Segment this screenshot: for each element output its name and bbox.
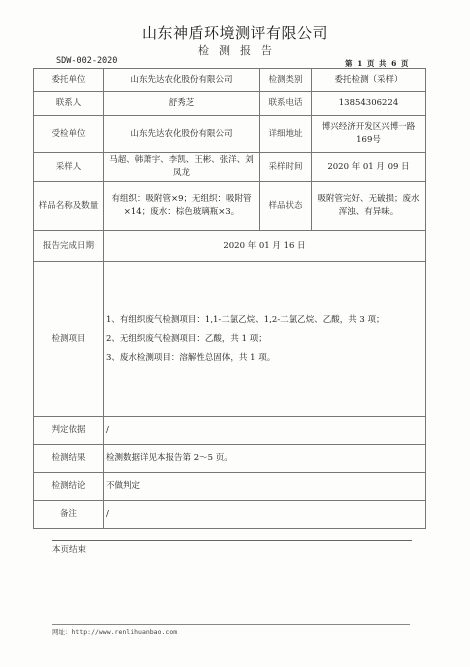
table-row: 备注 / [34,501,426,529]
conclusion-label: 检测结论 [34,473,104,501]
table-row: 委托单位 山东先达农化股份有限公司 检测类别 委托检测（采样） [34,69,426,92]
page-end-text: 本页结束 [52,543,86,555]
phone-value: 13854306224 [312,92,426,116]
sample-name-value: 有组织：吸附管×9；无组织：吸附管×14；废水：棕色玻璃瓶×3。 [104,182,260,231]
website-text: 网址：http://www.renlihuanbao.com [52,627,177,636]
contact-label: 联系人 [34,92,104,116]
sampling-time-label: 采样时间 [260,153,312,182]
report-date-value: 2020 年 01 月 16 日 [104,231,426,262]
sampler-label: 采样人 [34,153,104,182]
document-number: SDW-002-2020 [56,56,117,66]
table-row: 检测结论 不做判定 [34,473,426,501]
client-value: 山东先达农化股份有限公司 [104,69,260,92]
table-row: 报告完成日期 2020 年 01 月 16 日 [34,231,426,262]
contact-value: 舒秀芝 [104,92,260,116]
client-label: 委托单位 [34,69,104,92]
test-type-value: 委托检测（采样） [312,69,426,92]
test-item-line: 2、无组织废气检测项目：乙酸，共 1 项； [106,330,423,349]
test-type-label: 检测类别 [260,69,312,92]
remarks-value: / [104,501,426,529]
test-item-line: 1、有组织废气检测项目：1,1-二氯乙烷、1,2-二氯乙烷、乙酸，共 3 项； [106,311,423,330]
table-row: 判定依据 / [34,417,426,445]
basis-value: / [104,417,426,445]
conclusion-value: 不做判定 [104,473,426,501]
address-label: 详细地址 [260,116,312,153]
basis-label: 判定依据 [34,417,104,445]
sampling-time-value: 2020 年 01 月 09 日 [312,153,426,182]
footer-divider [52,624,410,625]
company-name: 山东神盾环境测评有限公司 [0,22,470,43]
table-row: 样品名称及数量 有组织：吸附管×9；无组织：吸附管×14；废水：棕色玻璃瓶×3。… [34,182,426,231]
result-label: 检测结果 [34,445,104,473]
table-row: 联系人 舒秀芝 联系电话 13854306224 [34,92,426,116]
table-row: 检测项目 1、有组织废气检测项目：1,1-二氯乙烷、1,2-二氯乙烷、乙酸，共 … [34,262,426,417]
result-value: 检测数据详见本报告第 2～5 页。 [104,445,426,473]
inspected-unit-value: 山东先达农化股份有限公司 [104,116,260,153]
sampler-value: 马超、韩萧宇、李凯、王彬、张洋、刘凤龙 [104,153,260,182]
sample-status-label: 样品状态 [260,182,312,231]
report-date-label: 报告完成日期 [34,231,104,262]
report-info-table: 委托单位 山东先达农化股份有限公司 检测类别 委托检测（采样） 联系人 舒秀芝 … [33,68,426,529]
test-item-line: 3、废水检测项目：溶解性总固体，共 1 项。 [106,349,423,368]
table-row: 检测结果 检测数据详见本报告第 2～5 页。 [34,445,426,473]
remarks-label: 备注 [34,501,104,529]
phone-label: 联系电话 [260,92,312,116]
sample-name-label: 样品名称及数量 [34,182,104,231]
sample-status-value: 吸附管完好、无破损；废水浑浊、有异味。 [312,182,426,231]
test-items-value: 1、有组织废气检测项目：1,1-二氯乙烷、1,2-二氯乙烷、乙酸，共 3 项； … [104,262,426,417]
table-row: 受检单位 山东先达农化股份有限公司 详细地址 博兴经济开发区兴博一路169号 [34,116,426,153]
end-divider [52,540,412,541]
inspected-unit-label: 受检单位 [34,116,104,153]
address-value: 博兴经济开发区兴博一路169号 [312,116,426,153]
table-row: 采样人 马超、韩萧宇、李凯、王彬、张洋、刘凤龙 采样时间 2020 年 01 月… [34,153,426,182]
test-items-label: 检测项目 [34,262,104,417]
